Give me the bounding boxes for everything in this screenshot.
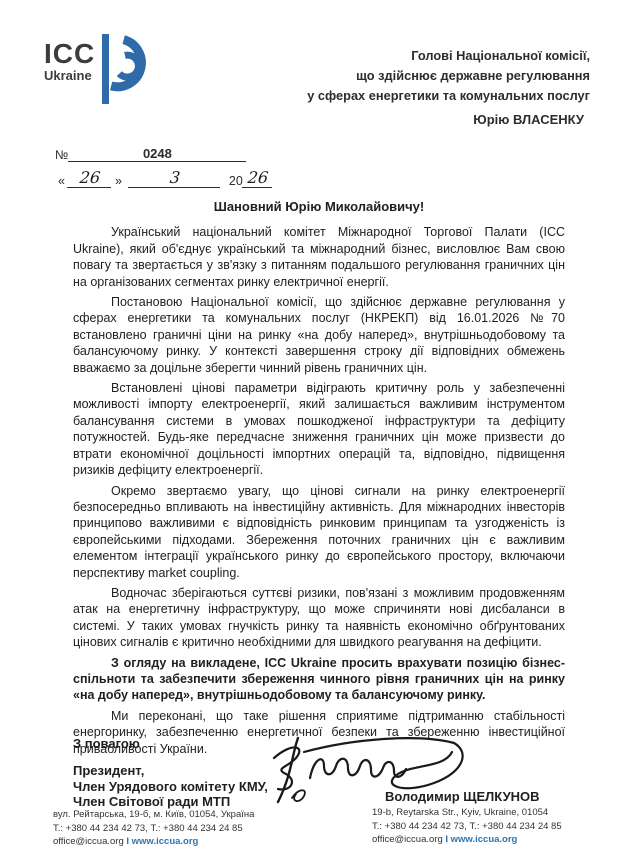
handwritten-signature	[252, 728, 477, 818]
footer-left-column: вул. Рейтарська, 19-б, м. Київ, 01054, У…	[53, 808, 254, 849]
year-prefix: 20	[229, 174, 243, 188]
paragraph: Постановою Національної комісії, що здій…	[73, 294, 565, 376]
footer-address-ua: вул. Рейтарська, 19-б, м. Київ, 01054, У…	[53, 808, 254, 822]
recipient-line: що здійснює державне регулювання	[307, 66, 590, 86]
open-quote: «	[58, 174, 65, 188]
date-year: 26	[242, 168, 274, 188]
signer-title-line: Президент,	[73, 763, 268, 779]
signer-titles: Президент, Член Урядового комітету КМУ, …	[73, 763, 268, 810]
recipient-line: Голові Національної комісії,	[307, 46, 590, 66]
footer-separator: I	[126, 836, 129, 847]
reference-number: 0248	[68, 146, 246, 162]
date-day: 26	[67, 168, 113, 188]
recipient-block: Голові Національної комісії, що здійснює…	[307, 46, 590, 106]
reference-block: № 0248 « 26 » 3 20 26	[55, 146, 273, 188]
salutation: Шановний Юрію Миколайовичу!	[73, 199, 565, 215]
signer-title-line: Член Урядового комітету КМУ,	[73, 779, 268, 795]
footer-contacts: office@iccua.org I www.iccua.org	[53, 835, 254, 849]
footer-separator: I	[445, 834, 448, 845]
signer-name: Володимир ЩЕЛКУНОВ	[385, 789, 540, 804]
footer-email: office@iccua.org	[53, 836, 124, 847]
footer-right-column: 19-b, Reytarska Str., Kyiv, Ukraine, 010…	[372, 806, 562, 847]
logo-ukraine-text: Ukraine	[44, 68, 92, 83]
icc-waves-icon	[102, 34, 152, 109]
paragraph: Український національний комітет Міжнаро…	[73, 224, 565, 290]
footer-address-en: 19-b, Reytarska Str., Kyiv, Ukraine, 010…	[372, 806, 562, 820]
paragraph: Встановлені цінові параметри відіграють …	[73, 380, 565, 478]
letter-body: Шановний Юрію Миколайовичу! Український …	[73, 199, 565, 757]
footer-website-link: www.iccua.org	[451, 834, 518, 845]
recipient-name: Юрію ВЛАСЕНКУ	[473, 112, 584, 127]
logo-wordmark: ICC Ukraine	[44, 42, 95, 83]
close-quote: »	[115, 174, 122, 188]
logo-icc-text: ICC	[44, 42, 95, 66]
footer-phones: Т.: +380 44 234 42 73, Т.: +380 44 234 2…	[372, 820, 562, 834]
number-label: №	[55, 148, 68, 162]
recipient-line: у сферах енергетики та комунальних послу…	[307, 86, 590, 106]
reference-date-row: « 26 » 3 20 26	[55, 168, 273, 188]
paragraph-request: З огляду на викладене, ICC Ukraine проси…	[73, 655, 565, 704]
paragraph: Водночас зберігаються суттєві ризики, по…	[73, 585, 565, 651]
date-month: 3	[128, 168, 222, 188]
paragraph: Окремо звертаємо увагу, що цінові сигнал…	[73, 483, 565, 581]
closing-regards: З повагою	[73, 736, 140, 751]
footer-phones: Т.: +380 44 234 42 73, Т.: +380 44 234 2…	[53, 822, 254, 836]
footer-website-link: www.iccua.org	[132, 836, 199, 847]
footer-email: office@iccua.org	[372, 834, 443, 845]
letter-page: ICC Ukraine Голові Національної комісії,…	[0, 0, 624, 868]
reference-number-row: № 0248	[55, 146, 273, 162]
footer-contacts: office@iccua.org I www.iccua.org	[372, 833, 562, 847]
icc-ukraine-logo: ICC Ukraine	[44, 34, 152, 109]
